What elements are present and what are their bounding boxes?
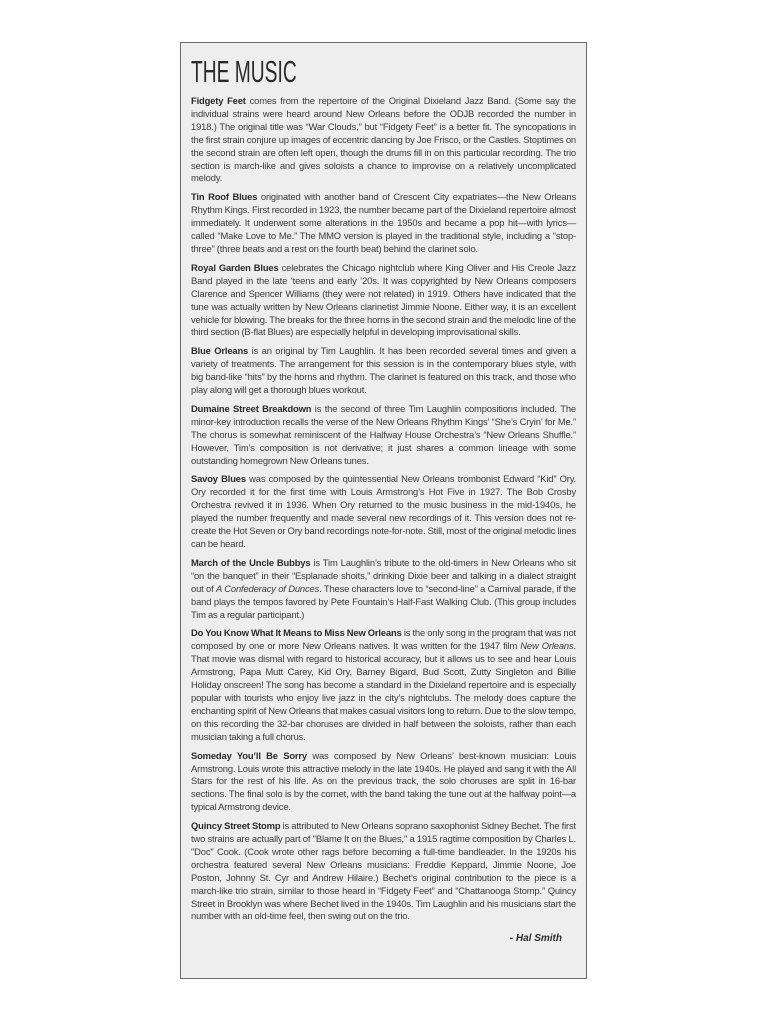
section-savoy-blues: Savoy Blues was composed by the quintess… (191, 473, 576, 550)
book-title: A Confederacy of Dunces (216, 583, 319, 594)
section-heading: Someday You’ll Be Sorry (191, 750, 307, 761)
music-notes-panel: THE MUSIC Fidgety Feet comes from the re… (180, 42, 587, 979)
section-march-of-the-uncle-bubbys: March of the Uncle Bubbys is Tim Laughli… (191, 557, 576, 622)
section-body: was composed by the quintessential New O… (191, 473, 576, 549)
section-heading: Dumaine Street Breakdown (191, 403, 311, 414)
section-heading: Tin Roof Blues (191, 191, 257, 202)
section-royal-garden-blues: Royal Garden Blues celebrates the Chicag… (191, 262, 576, 339)
section-heading: Royal Garden Blues (191, 262, 279, 273)
section-body: is attributed to New Orleans soprano sax… (191, 820, 576, 921)
section-heading: Quincy Street Stomp (191, 820, 280, 831)
section-tin-roof-blues: Tin Roof Blues originated with another b… (191, 191, 576, 256)
section-heading: Blue Orleans (191, 345, 248, 356)
section-body: celebrates the Chicago nightclub where K… (191, 262, 576, 338)
section-dumaine-street-breakdown: Dumaine Street Breakdown is the second o… (191, 403, 576, 468)
author-signature: - Hal Smith (191, 933, 576, 944)
section-heading: March of the Uncle Bubbys (191, 557, 310, 568)
section-someday-youll-be-sorry: Someday You’ll Be Sorry was composed by … (191, 750, 576, 815)
section-heading: Do You Know What It Means to Miss New Or… (191, 627, 402, 638)
section-body-cont: . That movie was dismal with regard to h… (191, 640, 576, 741)
section-heading: Savoy Blues (191, 473, 246, 484)
section-body: comes from the repertoire of the Origina… (191, 95, 576, 183)
film-title: New Orleans (520, 640, 573, 651)
section-blue-orleans: Blue Orleans is an original by Tim Laugh… (191, 345, 576, 397)
page-title: THE MUSIC (191, 55, 430, 89)
section-quincy-street-stomp: Quincy Street Stomp is attributed to New… (191, 820, 576, 923)
section-fidgety-feet: Fidgety Feet comes from the repertoire o… (191, 95, 576, 185)
section-heading: Fidgety Feet (191, 95, 246, 106)
section-do-you-know-what-it-means: Do You Know What It Means to Miss New Or… (191, 627, 576, 743)
section-body: is an original by Tim Laughlin. It has b… (191, 345, 576, 395)
